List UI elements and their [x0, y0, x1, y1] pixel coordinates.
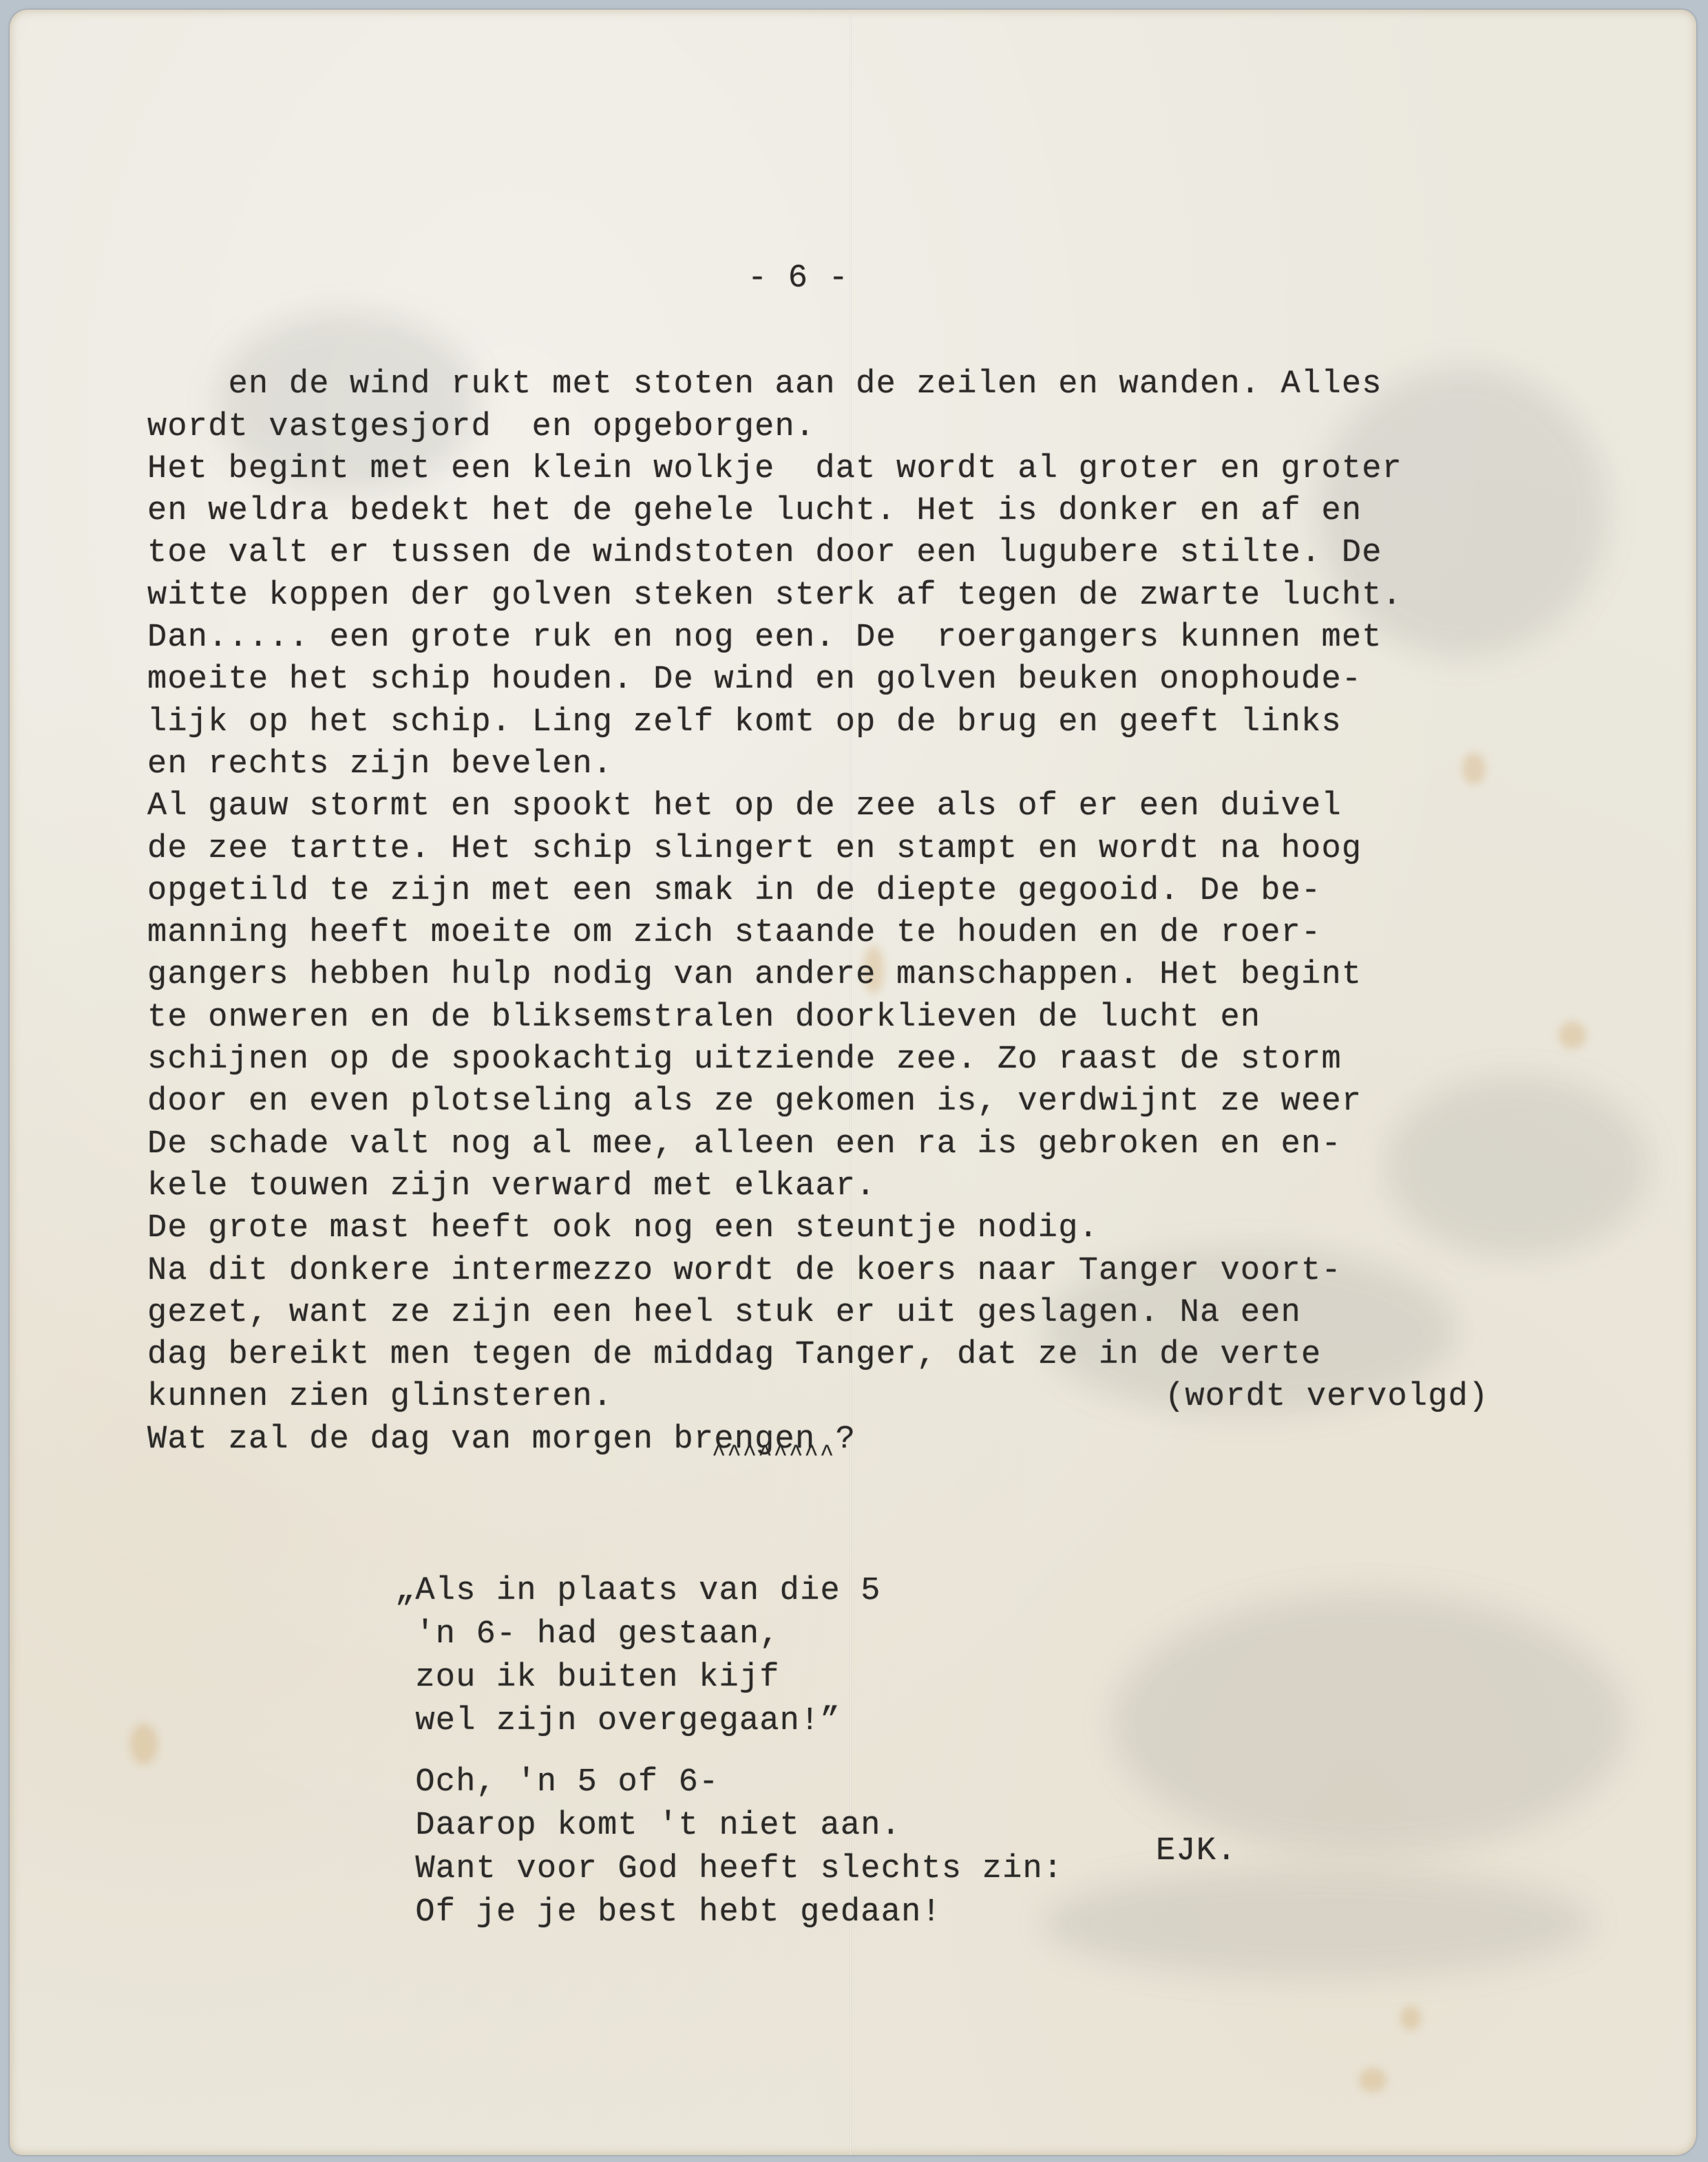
- ink-bleed-shadow: [1387, 1077, 1648, 1255]
- typewritten-page: - 6 - en de wind rukt met stoten aan de …: [10, 10, 1696, 2155]
- body-line: opgetild te zijn met een smak in de diep…: [147, 873, 1321, 909]
- to-be-continued-note: (wordt vervolgd): [1165, 1376, 1488, 1418]
- body-line: wordt vastgesjord en opgeborgen.: [147, 409, 815, 445]
- foxing-stain: [130, 1724, 158, 1765]
- body-line: Dan..... een grote ruk en nog een. De ro…: [147, 619, 1382, 656]
- body-line: en de wind rukt met stoten aan de zeilen…: [229, 366, 1382, 403]
- body-line: lijk op het schip. Ling zelf komt op de …: [147, 704, 1342, 741]
- body-line: kunnen zien glinsteren.: [147, 1379, 613, 1415]
- poem-line: zou ik buiten kijf: [395, 1656, 1063, 1699]
- body-line: Het begint met een klein wolkje dat word…: [147, 451, 1402, 487]
- foxing-stain: [1559, 1021, 1586, 1049]
- poem-line: wel zijn overgegaan!”: [395, 1699, 1063, 1743]
- ink-bleed-shadow: [1111, 1593, 1627, 1854]
- foxing-stain: [1359, 2068, 1387, 2092]
- poem-line: Of je je best hebt gedaan!: [395, 1891, 1063, 1934]
- body-line: de zee tartte. Het schip slingert en sta…: [147, 831, 1362, 867]
- poem-line: Daarop komt 't niet aan.: [395, 1804, 1063, 1847]
- body-line: Al gauw stormt en spookt het op de zee a…: [147, 788, 1342, 825]
- body-line: De schade valt nog al mee, alleen een ra…: [147, 1126, 1342, 1163]
- body-line: schijnen op de spookachtig uitziende zee…: [147, 1041, 1342, 1078]
- poem: „Als in plaats van die 5 'n 6- had gesta…: [395, 1483, 1063, 2039]
- body-line: te onweren en de bliksemstralen doorklie…: [147, 999, 1261, 1036]
- body-line: moeite het schip houden. De wind en golv…: [147, 661, 1362, 698]
- poem-stanza-2: Och, 'n 5 of 6- Daarop komt 't niet aan.…: [395, 1761, 1063, 1934]
- body-line: dag bereikt men tegen de middag Tanger, …: [147, 1337, 1321, 1373]
- body-line: door en even plotseling als ze gekomen i…: [147, 1083, 1362, 1120]
- section-separator: ^^^^^^^^: [712, 1434, 835, 1476]
- body-line: kele touwen zijn verward met elkaar.: [147, 1168, 876, 1205]
- story-body-text: en de wind rukt met stoten aan de zeilen…: [147, 321, 1402, 1503]
- poem-line: 'n 6- had gestaan,: [395, 1613, 1063, 1656]
- body-line: en rechts zijn bevelen.: [147, 746, 613, 783]
- author-signature: EJK.: [1156, 1830, 1237, 1872]
- poem-line: Want voor God heeft slechts zin:: [395, 1847, 1063, 1891]
- poem-stanza-1: „Als in plaats van die 5 'n 6- had gesta…: [395, 1569, 1063, 1743]
- body-line: Na dit donkere intermezzo wordt de koers…: [147, 1253, 1342, 1289]
- page-number: - 6 -: [748, 257, 849, 299]
- poem-line: „Als in plaats van die 5: [395, 1569, 1063, 1613]
- body-line: toe valt er tussen de windstoten door ee…: [147, 535, 1382, 571]
- body-line: manning heeft moeite om zich staande te …: [147, 915, 1321, 951]
- body-line: witte koppen der golven steken sterk af …: [147, 577, 1402, 614]
- foxing-stain: [1400, 2006, 1421, 2031]
- poem-line: Och, 'n 5 of 6-: [395, 1761, 1063, 1804]
- body-line: gangers hebben hulp nodig van andere man…: [147, 957, 1362, 993]
- body-line: De grote mast heeft ook nog een steuntje…: [147, 1210, 1099, 1247]
- body-line: gezet, want ze zijn een heel stuk er uit…: [147, 1295, 1301, 1331]
- foxing-stain: [1462, 753, 1486, 785]
- body-line: en weldra bedekt het de gehele lucht. He…: [147, 493, 1362, 529]
- ink-bleed-shadow: [1042, 1868, 1593, 1978]
